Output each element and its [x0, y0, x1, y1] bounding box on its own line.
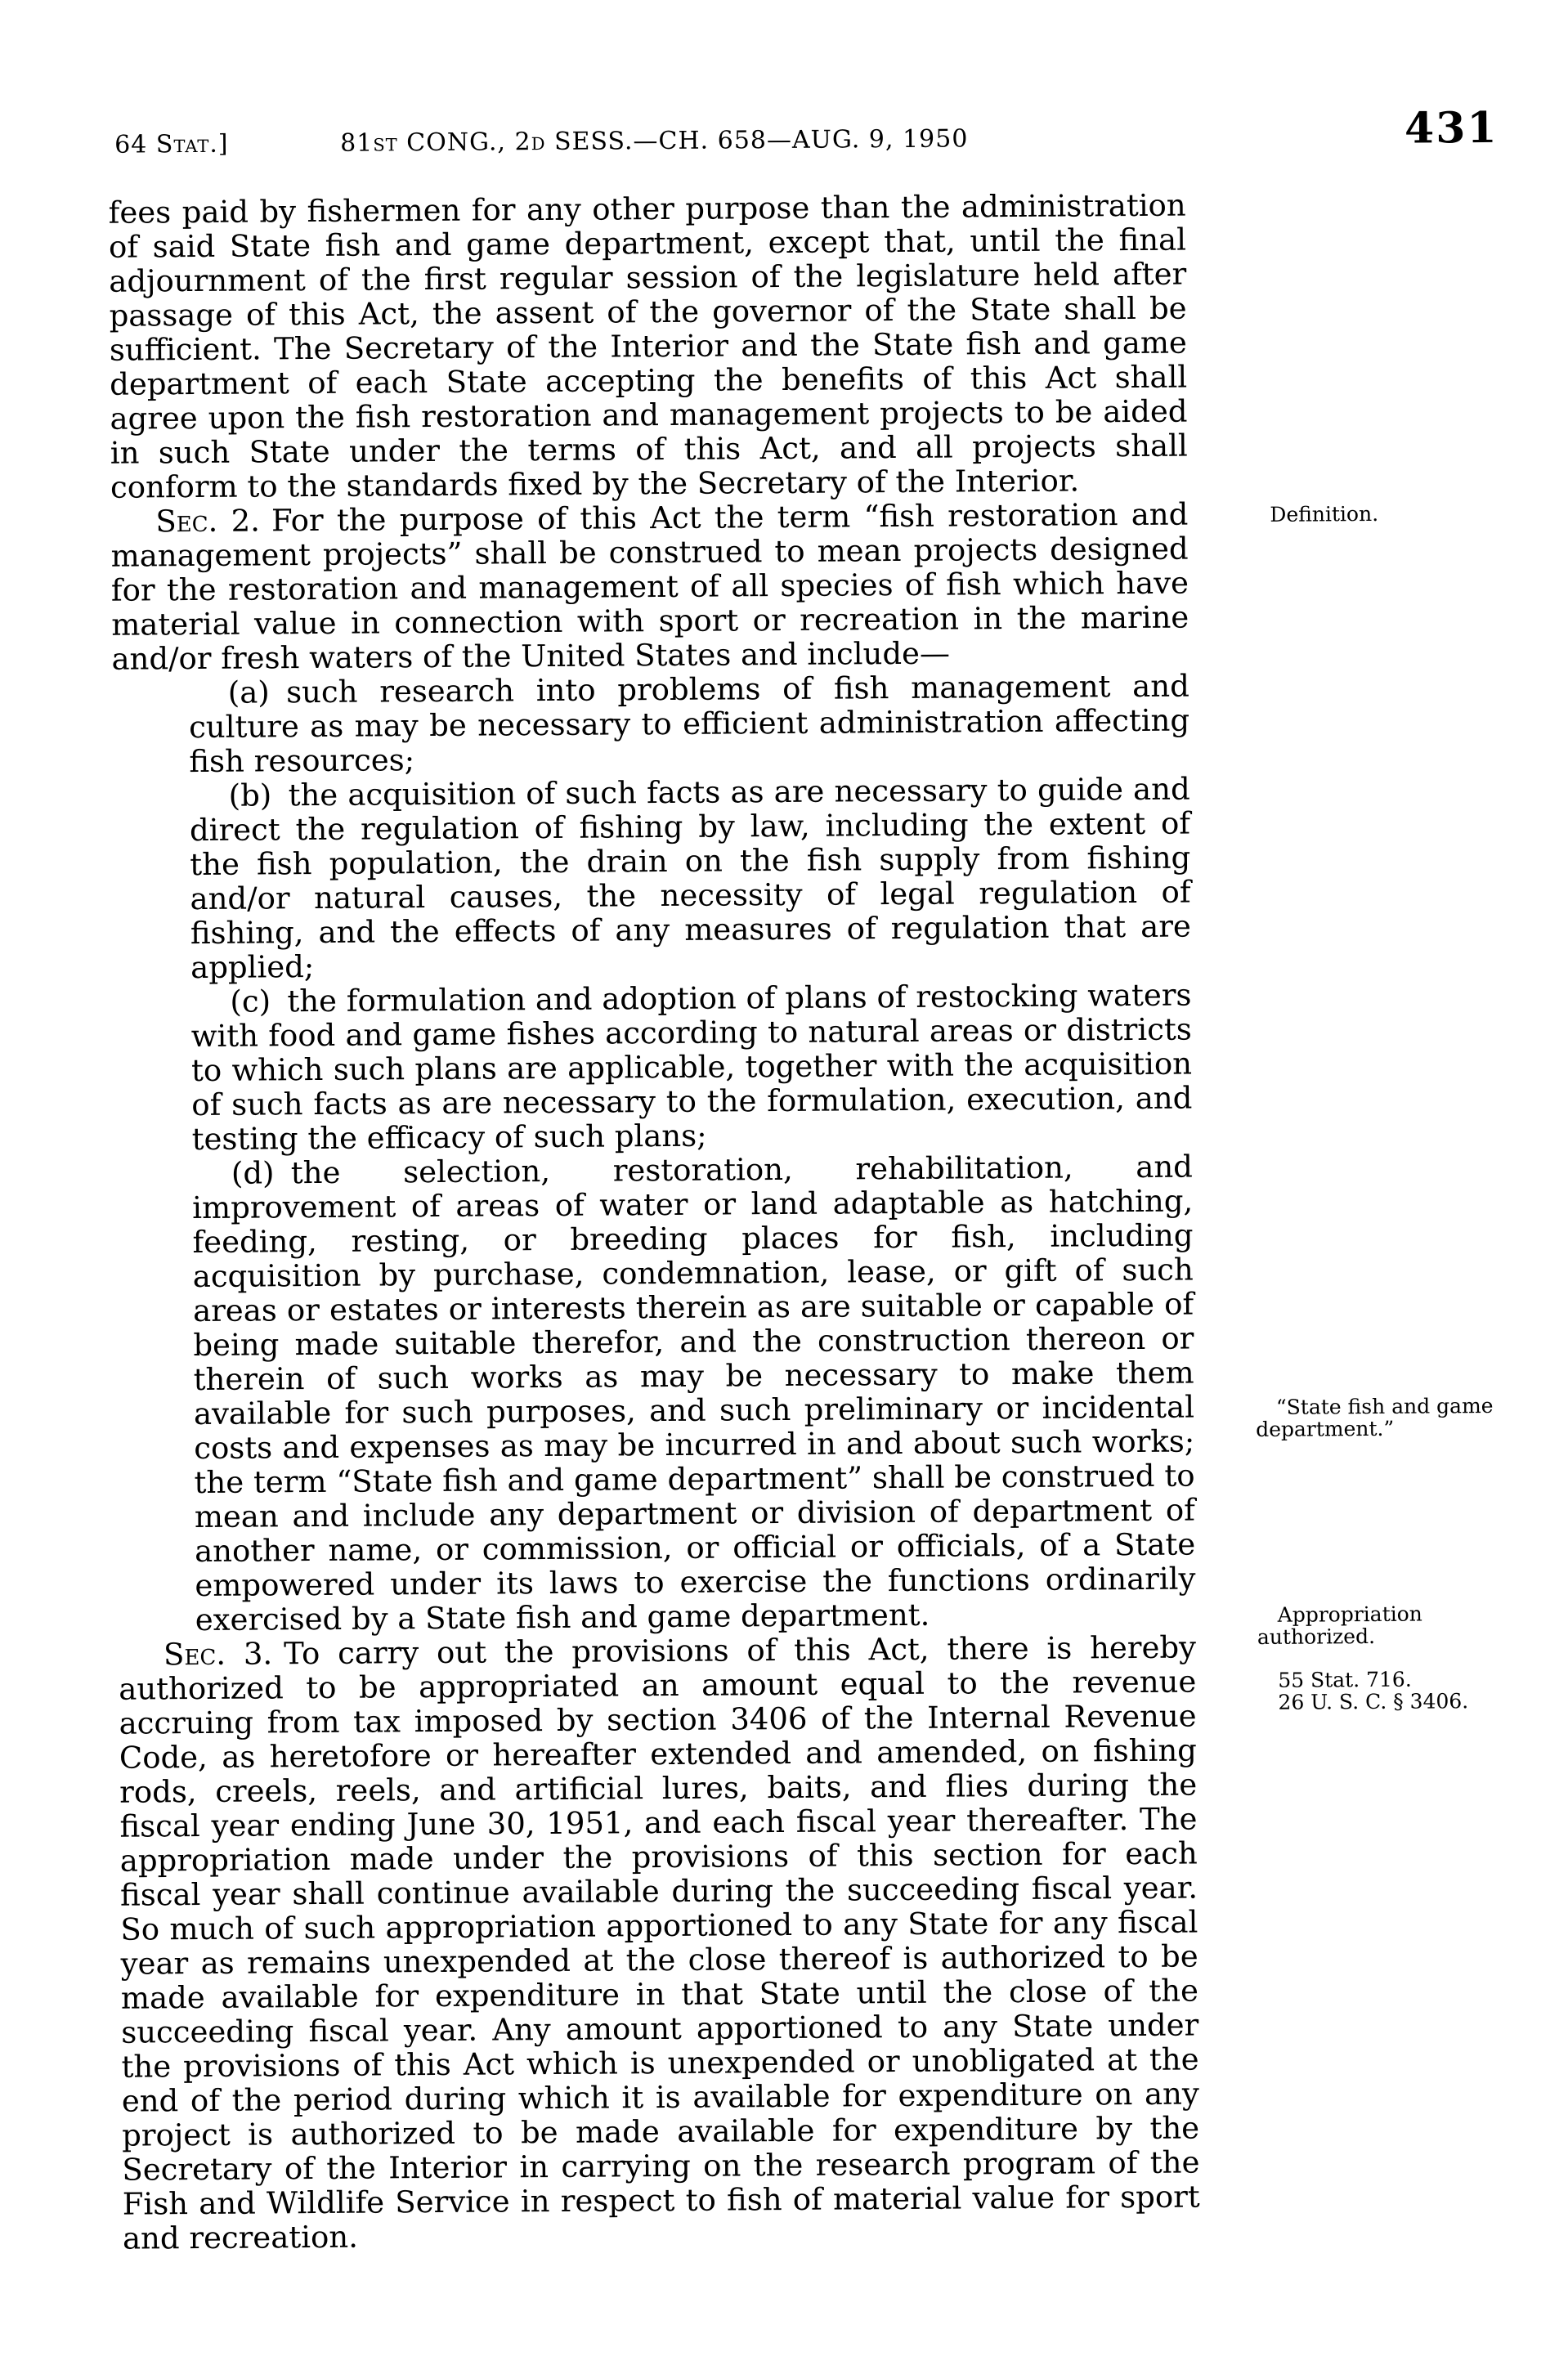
statute-page: 64 Stat.] 81st CONG., 2d SESS.—CH. 658—A… [0, 0, 1568, 2361]
section-2-text: For the purpose of this Act the term “fi… [111, 497, 1189, 677]
paragraph-continuation: fees paid by fishermen for any other pur… [109, 189, 1189, 505]
running-head: 64 Stat.] 81st CONG., 2d SESS.—CH. 658—A… [0, 0, 1561, 177]
subparagraph-b-text: the acquisition of such facts as are nec… [190, 772, 1191, 986]
margin-note-26-usc-3406: 26 U. S. C. § 3406. [1278, 1690, 1515, 1714]
margin-note-appropriation-authorized: Appropriation authorized. [1257, 1602, 1496, 1648]
volume-citation: 64 Stat.] [114, 130, 229, 159]
subparagraph-d-text: the selection, restoration, rehabilitati… [192, 1149, 1195, 1638]
subparagraph-a-text: such research into problems of fish mana… [189, 669, 1189, 780]
subparagraph-c: (c)the formulation and adoption of plans… [190, 979, 1192, 1158]
subparagraph-a: (a)such research into problems of fish m… [189, 670, 1190, 780]
paragraph-sec-3: Sec. 3.To carry out the provisions of th… [119, 1630, 1200, 2256]
section-2-label: Sec. 2. [155, 503, 260, 539]
page-number: 431 [1404, 103, 1499, 154]
chapter-heading: 81st CONG., 2d SESS.—CH. 658—AUG. 9, 195… [340, 124, 968, 157]
subparagraph-c-label: (c) [230, 983, 271, 1019]
subparagraph-b-label: (b) [229, 777, 272, 813]
subparagraph-d-label: (d) [231, 1155, 275, 1190]
margin-note-definition: Definition. [1249, 502, 1488, 526]
statute-body: fees paid by fishermen for any other pur… [109, 189, 1201, 2256]
subparagraph-a-label: (a) [228, 674, 270, 710]
subparagraph-c-text: the formulation and adoption of plans of… [191, 978, 1193, 1158]
paragraph-sec-2: Sec. 2.For the purpose of this Act the t… [110, 498, 1189, 677]
section-3-text: To carry out the provisions of this Act,… [119, 1629, 1200, 2256]
section-3-label: Sec. 3. [164, 1636, 272, 1672]
margin-note-state-fish-and-game-department: “State fish and game department.” [1256, 1395, 1494, 1440]
subparagraph-d: (d)the selection, restoration, rehabilit… [192, 1150, 1196, 1638]
margin-note-55-stat-716: 55 Stat. 716. [1278, 1668, 1499, 1691]
subparagraph-b: (b)the acquisition of such facts as are … [190, 773, 1192, 986]
scanned-content: 64 Stat.] 81st CONG., 2d SESS.—CH. 658—A… [0, 0, 1568, 2361]
